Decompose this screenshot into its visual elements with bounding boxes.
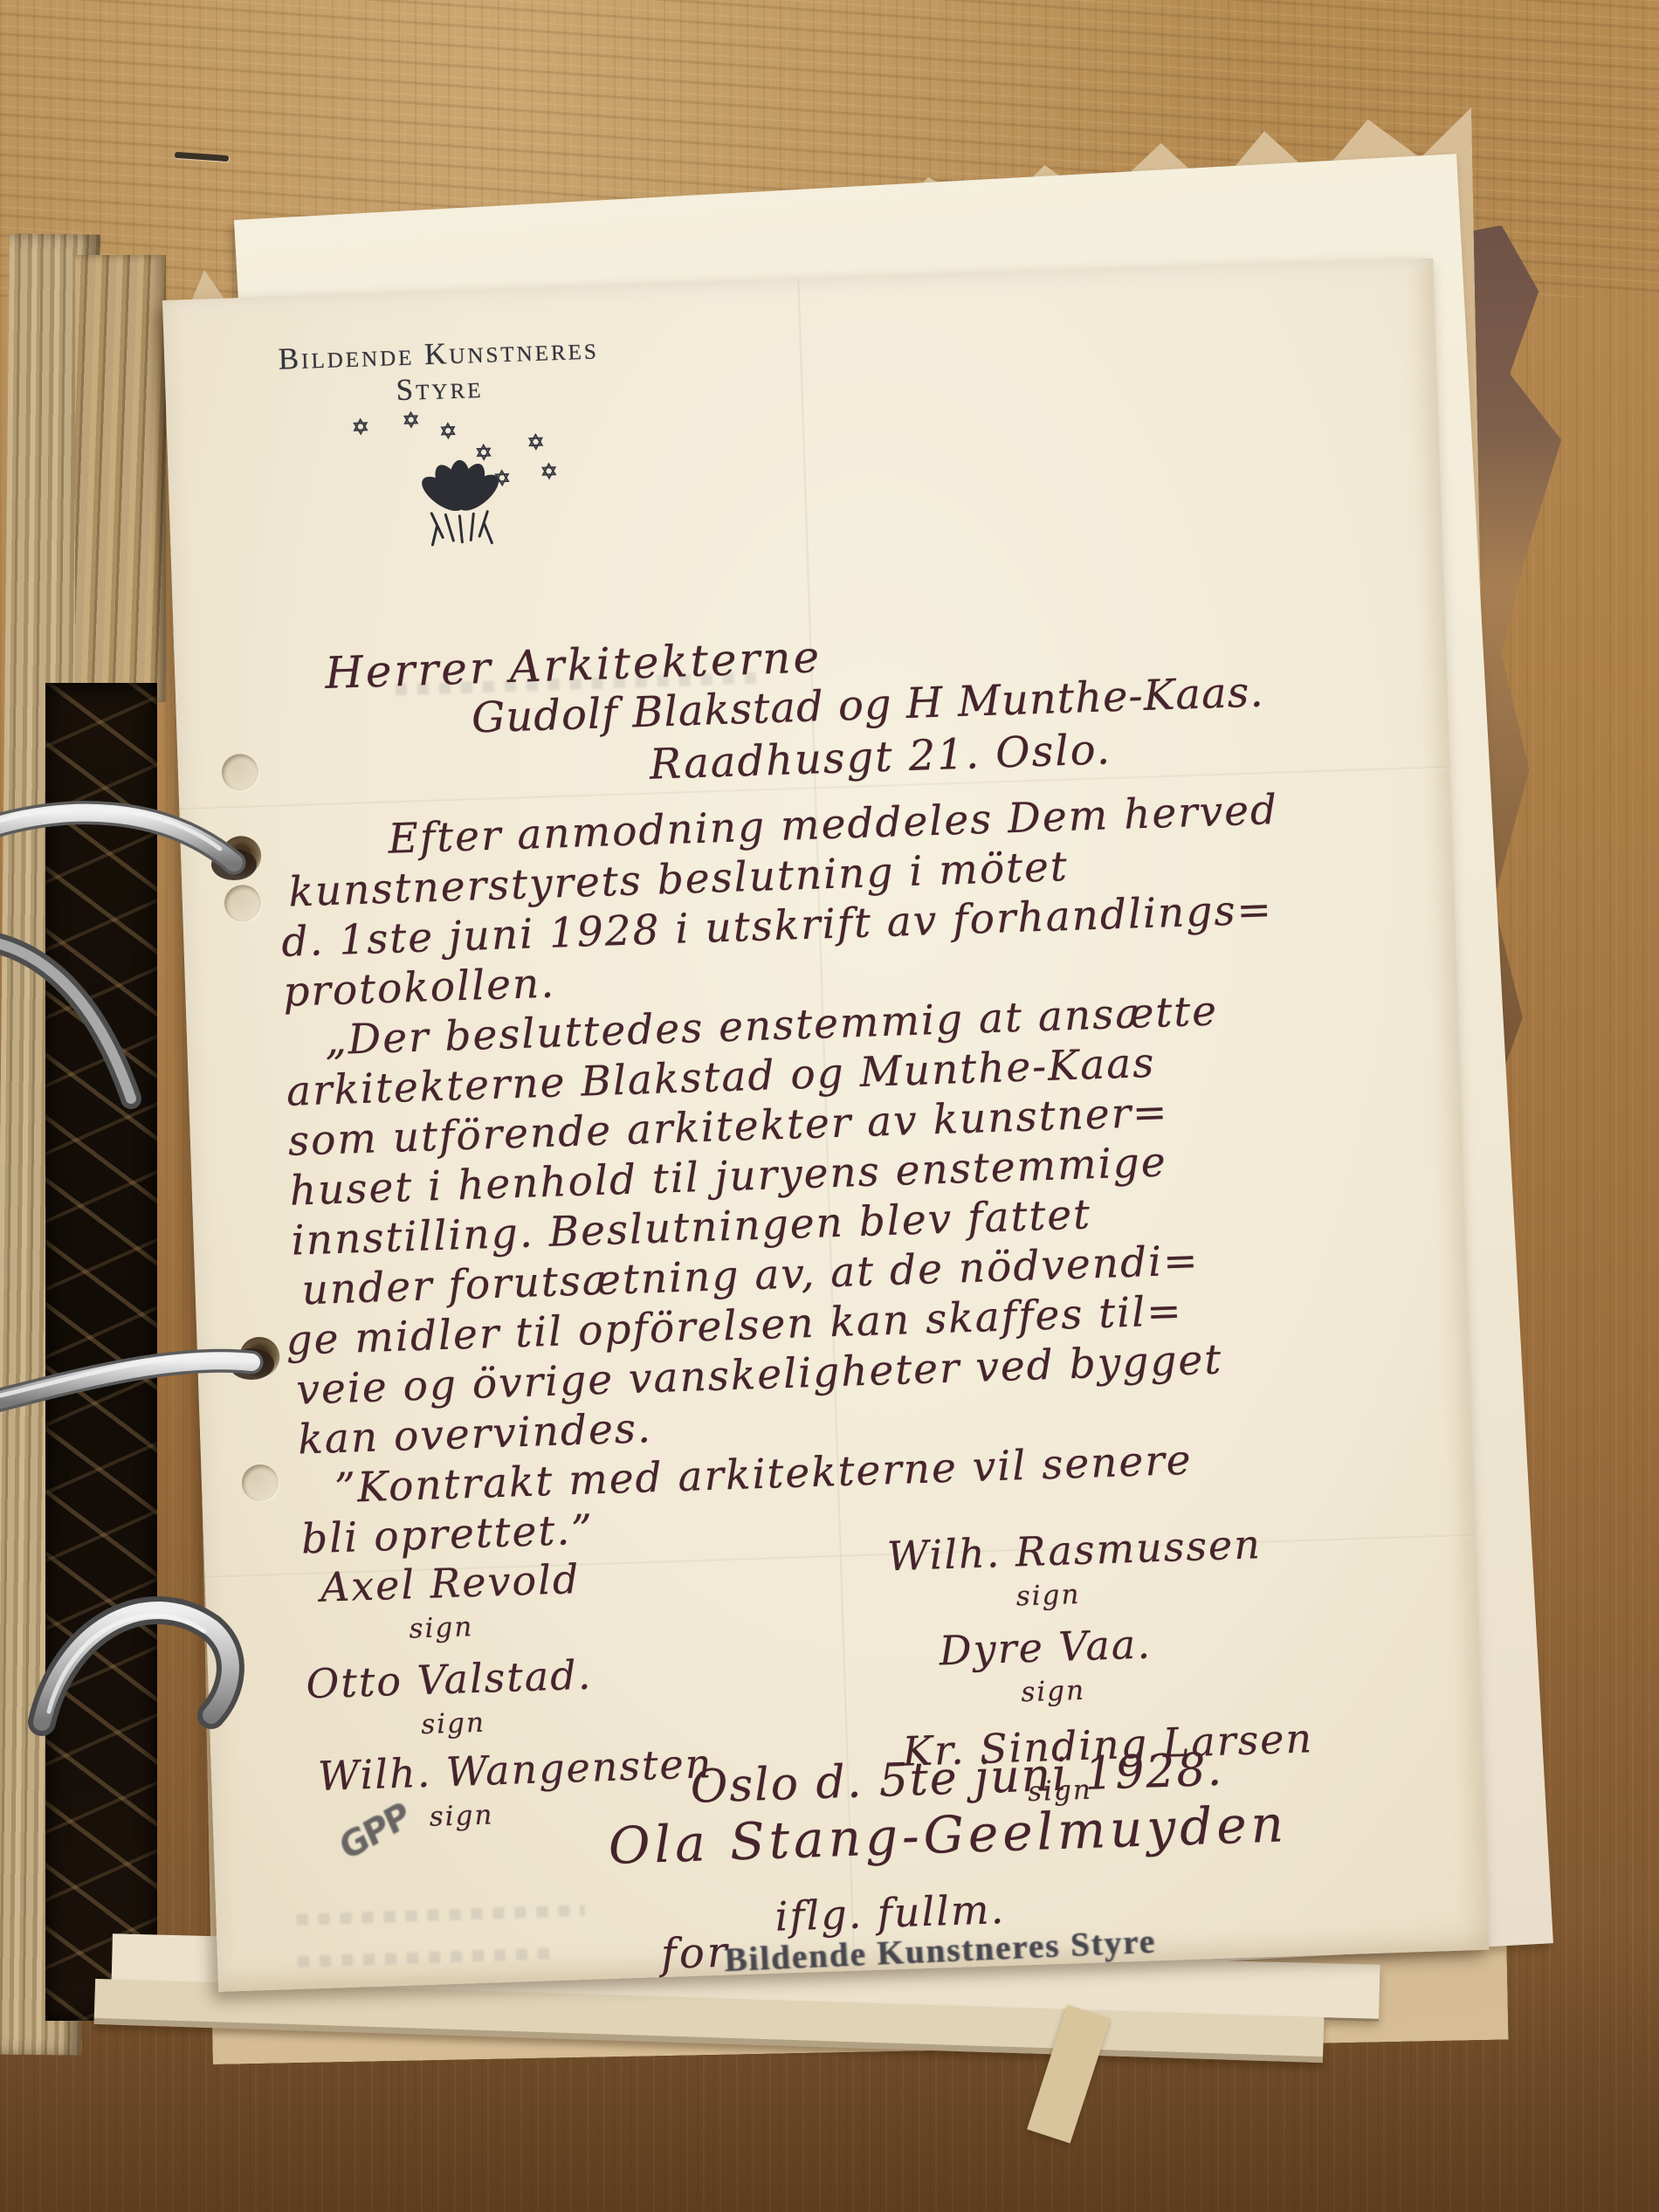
letterhead-emblem-leaves-and-stars: [346, 389, 571, 551]
signature-name: Otto Valstad.: [306, 1651, 593, 1708]
signature-sign-label: sign: [429, 1799, 494, 1832]
signature-sign-label: sign: [1015, 1579, 1081, 1612]
binder-spine: [45, 683, 157, 2021]
letter-page: Bildende Kunstneres Styre: [162, 258, 1489, 1992]
punch-hole-with-ring: [238, 1336, 279, 1377]
punch-hole: [221, 754, 258, 791]
signature-sign-label: sign: [1021, 1675, 1086, 1708]
old-paper-stack-upper: [75, 255, 166, 702]
pencil-initials: GPP: [334, 1795, 416, 1869]
signature-name: Axel Revold: [320, 1555, 581, 1611]
signature-sign-label: sign: [421, 1707, 486, 1740]
body-line: bli oprettet.”: [300, 1506, 595, 1563]
bleed-through-text: [296, 1905, 584, 1926]
signature-name: Dyre Vaa.: [939, 1620, 1153, 1674]
closing-for-word: for: [660, 1928, 730, 1980]
signature-name: Wilh. Rasmussen: [886, 1520, 1262, 1580]
body-line: protokollen.: [282, 960, 556, 1016]
signature-sign-label: sign: [409, 1611, 474, 1644]
signature-name: Wilh. Wangensten: [317, 1740, 713, 1800]
punch-hole: [224, 885, 261, 922]
photo-of-archived-letter: Bildende Kunstneres Styre: [0, 0, 1659, 2212]
punch-hole-with-ring: [220, 836, 261, 877]
punch-hole: [241, 1464, 279, 1501]
bleed-through-text: [298, 1947, 560, 1967]
